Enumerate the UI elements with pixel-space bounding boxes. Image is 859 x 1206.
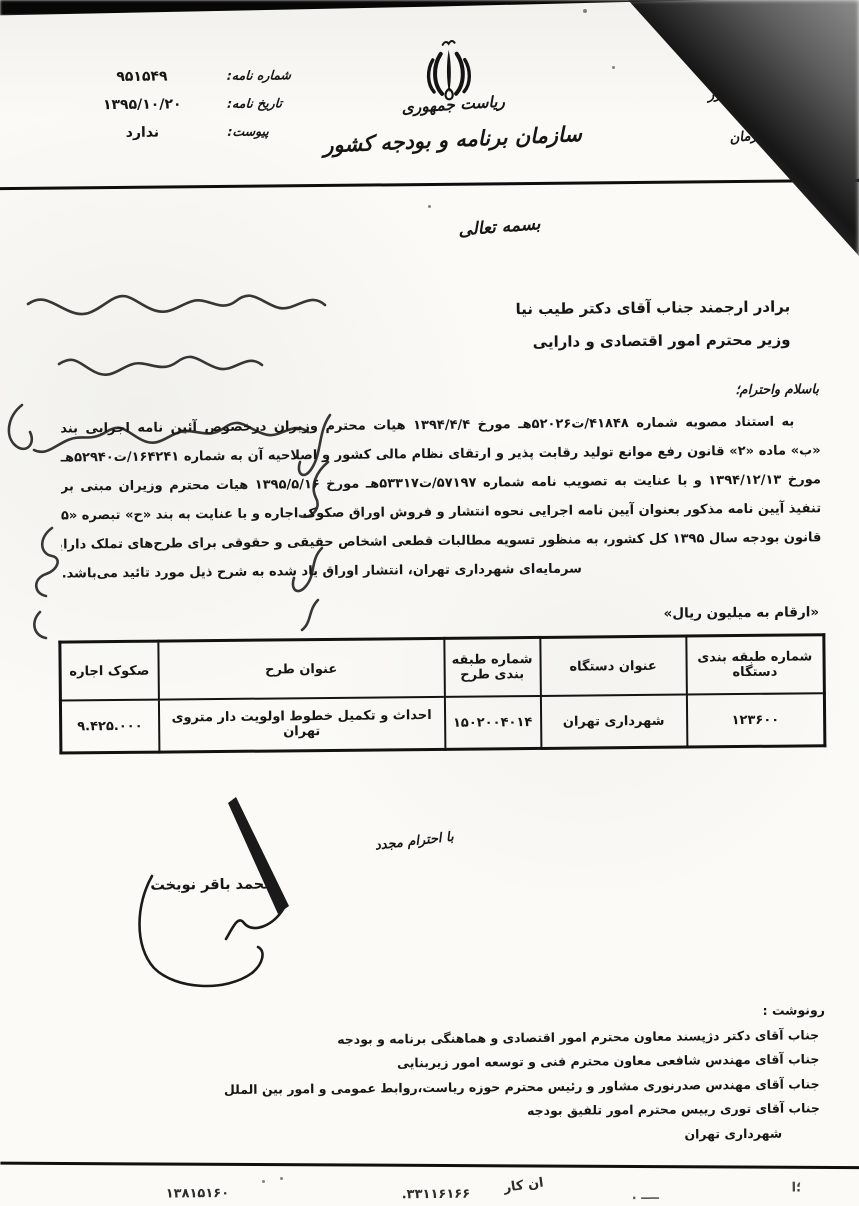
letter-date-row: تاریخ نامه: ۱۳۹۵/۱۰/۲۰ — [67, 95, 319, 113]
letter-date-value: ۱۳۹۵/۱۰/۲۰ — [67, 96, 217, 113]
letter-meta-fields: شماره نامه: ۹۵۱۵۴۹ تاریخ نامه: ۱۳۹۵/۱۰/۲… — [67, 67, 320, 153]
scan-speck — [612, 66, 615, 69]
letter-body: به استناد مصوبه شماره ۴۱۸۴۸/ت۵۲۰۲۶هـ مور… — [60, 407, 822, 588]
header-divider-line — [0, 179, 859, 190]
bond-approval-table: شماره طبقه بندی دستگاه عنوان دستگاه شمار… — [58, 633, 826, 754]
letter-date-label: تاریخ نامه: — [227, 95, 320, 111]
col-header-device-title: عنوان دستگاه — [540, 636, 687, 696]
cell-device-class-number: ۱۲۳۶۰۰ — [686, 693, 824, 747]
cell-sukuk-amount: ۹.۴۲۵.۰۰۰ — [60, 700, 158, 753]
attachment-value: ندارد — [67, 124, 217, 141]
footer-fragment: ۳۳۱۱۶۱۶۶. — [402, 1187, 471, 1203]
letter-number-value: ۹۵۱۵۴۹ — [67, 68, 217, 85]
scan-speck — [428, 205, 431, 208]
footer-fragment: ۱۳۸۱۵۱۶۰ — [166, 1186, 230, 1202]
scan-speck — [280, 1177, 283, 1180]
signer-name: محمد باقر نوبخت — [131, 876, 293, 894]
letter-number-row: شماره نامه: ۹۵۱۵۴۹ — [67, 67, 319, 85]
table-caption-units: «ارقام به میلیون ریال» — [664, 604, 820, 621]
col-header-project-class-number: شماره طبقه بندی طرح — [444, 637, 541, 696]
attachment-label: پیوست: — [227, 123, 320, 139]
scanned-letter-page: شماره نامه: ۹۵۱۵۴۹ تاریخ نامه: ۱۳۹۵/۱۰/۲… — [0, 0, 859, 1206]
recipient-name: برادر ارجمند جناب آقای دکتر طیب نیا — [515, 291, 790, 327]
col-header-sukuk-amount: صکوک اجاره — [60, 641, 159, 700]
cell-device-title: شهرداری تهران — [540, 695, 686, 749]
col-header-project-title: عنوان طرح — [158, 638, 445, 699]
org-budget-organization-title: سازمان برنامه و بودجه کشور — [317, 122, 588, 158]
body-line: سرمایه‌ای شهرداری تهران، انتشار اوراق یا… — [62, 552, 822, 588]
table-row: ۱۲۳۶۰۰ شهرداری تهران ۱۵۰۲۰۰۴۰۱۴ احداث و … — [60, 693, 824, 753]
letter-content: شماره نامه: ۹۵۱۵۴۹ تاریخ نامه: ۱۳۹۵/۱۰/۲… — [0, 0, 859, 1206]
scan-speck — [262, 1180, 265, 1183]
table-header-row: شماره طبقه بندی دستگاه عنوان دستگاه شمار… — [60, 635, 825, 701]
recipient-block: برادر ارجمند جناب آقای دکتر طیب نیا وزیر… — [515, 291, 790, 360]
recipient-title: وزیر محترم امور اقتصادی و دارایی — [516, 324, 791, 360]
cell-project-class-number: ۱۵۰۲۰۰۴۰۱۴ — [444, 696, 540, 749]
attachment-row: پیوست: ندارد — [67, 123, 319, 141]
besmele-invocation: بسمه تعالی — [424, 211, 575, 243]
col-header-device-class-number: شماره طبقه بندی دستگاه — [686, 635, 825, 695]
closing-phrase: با احترام مجدد — [358, 828, 471, 856]
cell-project-title: احداث و تکمیل خطوط اولویت دار متروی تهرا… — [158, 697, 444, 752]
footer-fragment: ان کار — [503, 1176, 545, 1196]
cc-block: رونوشت : جناب آقای دکتر دژپسند معاون محت… — [223, 998, 826, 1151]
salutation: باسلام واحترام؛ — [735, 382, 819, 398]
scan-speck — [583, 9, 587, 13]
footer-fragment: ــــ . — [632, 1188, 659, 1203]
footer-fragment: ؛ا — [792, 1180, 802, 1195]
footer-divider-line — [0, 1162, 859, 1169]
cc-item: شهرداری تهران — [224, 1121, 826, 1151]
letter-number-label: شماره نامه: — [226, 67, 319, 83]
